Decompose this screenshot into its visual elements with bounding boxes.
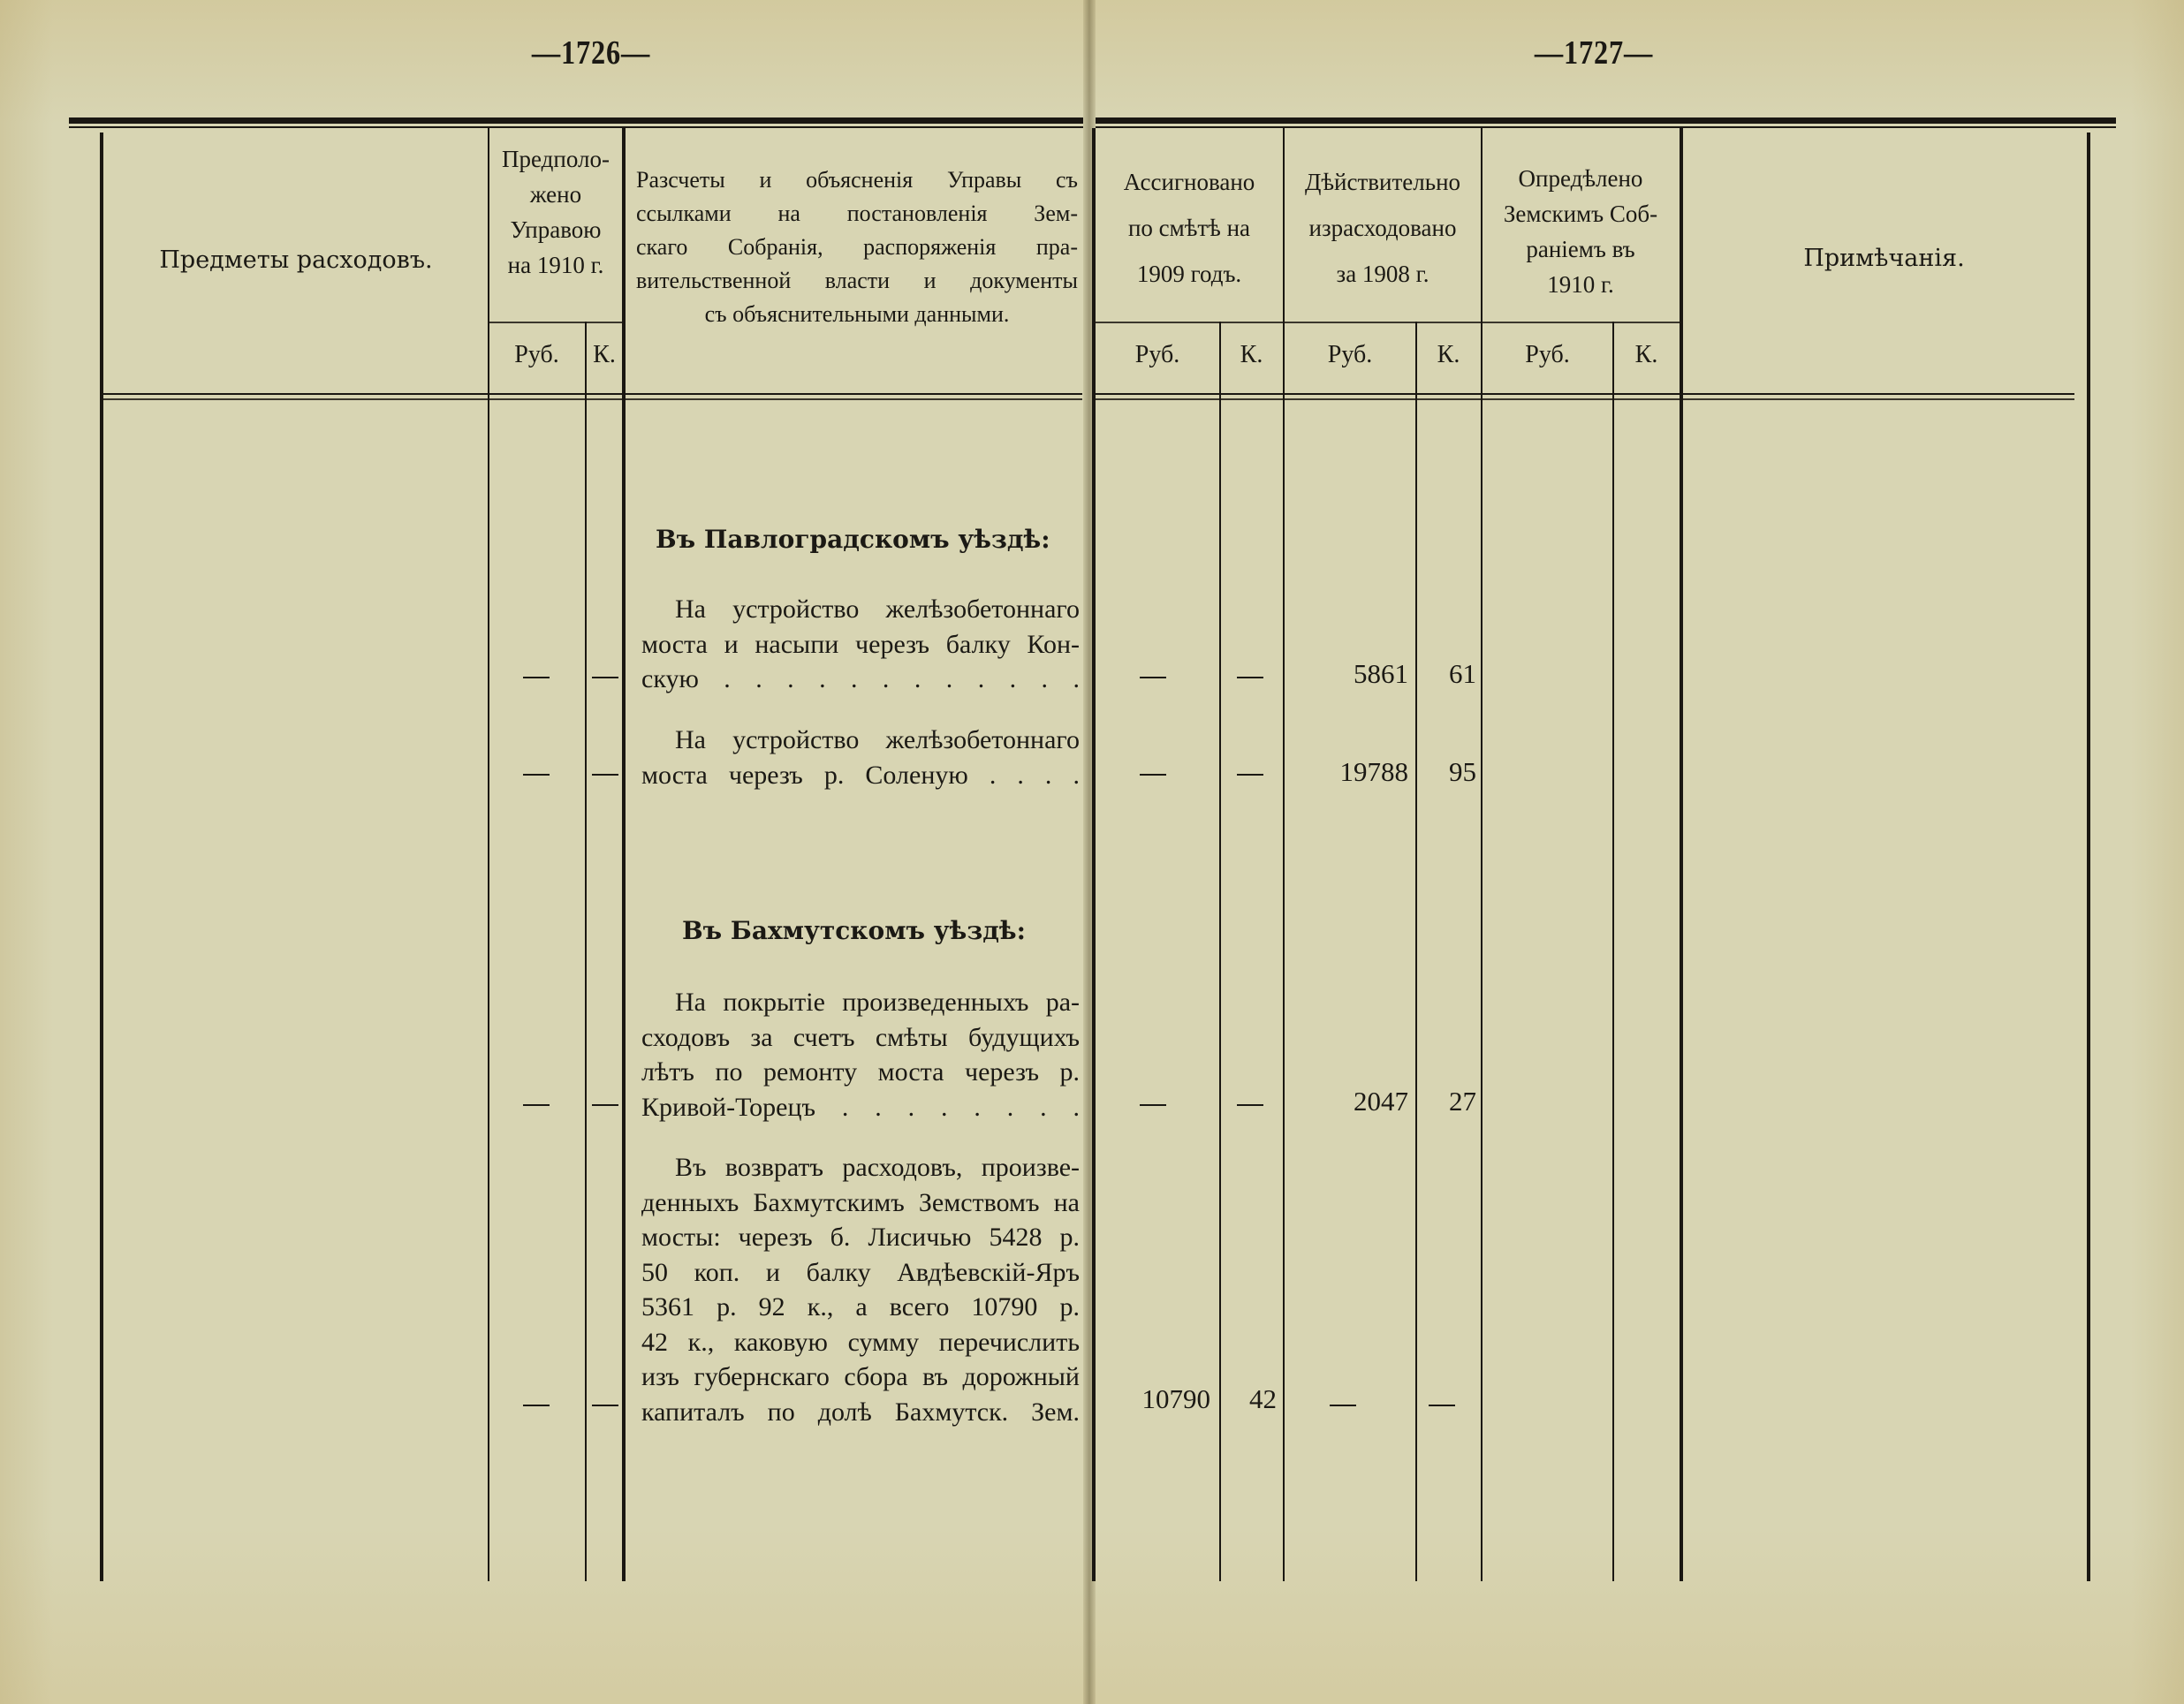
header-rule-right	[1094, 393, 2074, 395]
right-border	[2087, 133, 2090, 1581]
subheader-assigned-rub: Руб.	[1096, 341, 1219, 369]
header-assigned-line: по смѣтѣ на	[1096, 205, 1283, 251]
col-border-determined-notes	[1680, 128, 1683, 1581]
spent-rub-dash	[1330, 1405, 1356, 1406]
header-rule-left-thin	[102, 398, 1082, 400]
subheader-rule-proposed	[488, 322, 623, 323]
assigned-rub-dash	[1140, 677, 1166, 678]
proposed-rub-dash	[523, 774, 550, 776]
header-explanations-line: съ объяснительными данными.	[636, 298, 1078, 331]
assigned-rub-value: 10790	[1096, 1383, 1210, 1415]
proposed-rub-dash	[523, 1405, 550, 1406]
page-number-right: —1727—	[1535, 34, 1653, 72]
row-text-line: лѣтъ по ремонту моста черезъ р.	[641, 1055, 1080, 1090]
row-text-line: сходовъ за счетъ смѣты будущихъ	[641, 1020, 1080, 1056]
header-proposed: Предполо- жено Управою на 1910 г.	[489, 141, 623, 283]
row-text-line: моста и насыпи черезъ балку Кон-	[641, 627, 1080, 663]
header-determined-line: Земскимъ Соб-	[1483, 196, 1679, 231]
left-border	[100, 133, 103, 1581]
assigned-rub-dash	[1140, 1104, 1166, 1106]
header-determined-line: раніемъ въ	[1483, 231, 1679, 267]
header-rule-right-thin	[1094, 398, 2074, 400]
header-determined: Опредѣлено Земскимъ Соб- раніемъ въ 1910…	[1483, 161, 1679, 302]
header-assigned-line: Ассигновано	[1096, 159, 1283, 205]
assigned-kop-dash	[1237, 1104, 1263, 1106]
top-rule-left	[69, 117, 1083, 124]
subheader-determined-rub: Руб.	[1483, 341, 1612, 369]
row-text-line: Кривой-Торецъ . . . . . . . .	[641, 1090, 1080, 1125]
row-bakhmut-krivoy-torets: На покрытіе произведенныхъ ра- сходовъ з…	[641, 985, 1080, 1125]
subheader-determined-kop: К.	[1613, 341, 1680, 369]
header-rule-left	[102, 393, 1082, 395]
row-text-line: 5361 р. 92 к., а всего 10790 р.	[641, 1290, 1080, 1325]
subheader-assigned-kop: К.	[1220, 341, 1283, 369]
proposed-kop-dash	[592, 677, 618, 678]
proposed-rub-dash	[523, 677, 550, 678]
row-pavlograd-konskaya: На устройство желѣзобетоннаго моста и на…	[641, 592, 1080, 697]
row-text-line: мосты: черезъ б. Лисичью 5428 р.	[641, 1220, 1080, 1255]
assigned-kop-dash	[1237, 774, 1263, 776]
spent-kop-dash	[1429, 1405, 1455, 1406]
spent-rub-value: 2047	[1285, 1086, 1408, 1117]
top-rule-right	[1096, 117, 2116, 124]
header-explanations-line: вительственной власти и документы	[636, 264, 1078, 298]
subheader-rule-right	[1094, 322, 1680, 323]
section-title-pavlograd: Въ Павлоградскомъ уѣздѣ:	[656, 525, 1050, 554]
row-text-line: изъ губернскаго сбора въ дорожный	[641, 1359, 1080, 1395]
spent-rub-value: 5861	[1285, 658, 1408, 690]
row-text-line: Въ возвратъ расходовъ, произве-	[641, 1150, 1080, 1185]
row-text-line: 50 коп. и балку Авдѣевскій-Яръ	[641, 1255, 1080, 1291]
row-text-line: капиталъ по долѣ Бахмутск. Зем.	[641, 1395, 1080, 1430]
header-proposed-line: Управою	[489, 212, 623, 247]
header-spent: Дѣйствительно израсходовано за 1908 г.	[1285, 159, 1481, 297]
header-determined-line: 1910 г.	[1483, 267, 1679, 302]
assigned-kop-value: 42	[1220, 1383, 1277, 1415]
header-notes: Примѣчанія.	[1683, 240, 2085, 277]
row-text-line: На устройство желѣзобетоннаго	[641, 723, 1080, 758]
proposed-kop-dash	[592, 1405, 618, 1406]
header-explanations-line: ссылками на постановленія Зем-	[636, 197, 1078, 231]
row-text-line: моста черезъ р. Соленую . . . .	[641, 758, 1080, 793]
assigned-kop-dash	[1237, 677, 1263, 678]
subheader-spent-kop: К.	[1416, 341, 1481, 369]
header-assigned-line: 1909 годъ.	[1096, 251, 1283, 297]
row-pavlograd-solenaya: На устройство желѣзобетоннаго моста чере…	[641, 723, 1080, 792]
top-rule-right-thin	[1096, 126, 2116, 128]
proposed-kop-dash	[592, 774, 618, 776]
subheader-spent-rub: Руб.	[1285, 341, 1415, 369]
header-assigned: Ассигновано по смѣтѣ на 1909 годъ.	[1096, 159, 1283, 297]
assigned-rub-dash	[1140, 774, 1166, 776]
header-proposed-line: Предполо-	[489, 141, 623, 177]
row-text-line: денныхъ Бахмутскимъ Земствомъ на	[641, 1185, 1080, 1221]
header-determined-line: Опредѣлено	[1483, 161, 1679, 196]
col-border-spent-rub-kop	[1415, 322, 1417, 1581]
subheader-proposed-kop: К.	[586, 341, 623, 369]
row-text-line: 42 к., каковую сумму перечислить	[641, 1325, 1080, 1360]
header-explanations-line: скаго Собранія, распоряженія пра-	[636, 231, 1078, 264]
spent-kop-value: 27	[1416, 1086, 1476, 1117]
col-border-determined-rub-kop	[1612, 322, 1614, 1581]
spent-rub-value: 19788	[1285, 756, 1408, 788]
header-items: Предметы расходовъ.	[106, 242, 486, 279]
col-border-proposed-rub-kop	[585, 322, 587, 1581]
header-proposed-line: жено	[489, 177, 623, 212]
row-bakhmut-refund: Въ возвратъ расходовъ, произве- денныхъ …	[641, 1150, 1080, 1429]
proposed-kop-dash	[592, 1104, 618, 1106]
header-explanations: Разсчеты и объясненія Управы съ ссылками…	[636, 163, 1078, 331]
header-spent-line: Дѣйствительно	[1285, 159, 1481, 205]
top-rule-left-thin	[69, 126, 1083, 128]
subheader-proposed-rub: Руб.	[489, 341, 585, 369]
header-spent-line: за 1908 г.	[1285, 251, 1481, 297]
row-text-line: скую . . . . . . . . . . . .	[641, 662, 1080, 697]
section-title-bakhmut: Въ Бахмутскомъ уѣздѣ:	[682, 916, 1026, 945]
header-proposed-line: на 1910 г.	[489, 247, 623, 283]
header-spent-line: израсходовано	[1285, 205, 1481, 251]
proposed-rub-dash	[523, 1104, 550, 1106]
spent-kop-value: 95	[1416, 756, 1476, 788]
row-text-line: На устройство желѣзобетоннаго	[641, 592, 1080, 627]
header-explanations-line: Разсчеты и объясненія Управы съ	[636, 163, 1078, 197]
row-text-line: На покрытіе произведенныхъ ра-	[641, 985, 1080, 1020]
page-number-left: —1726—	[532, 34, 650, 72]
spent-kop-value: 61	[1416, 658, 1476, 690]
